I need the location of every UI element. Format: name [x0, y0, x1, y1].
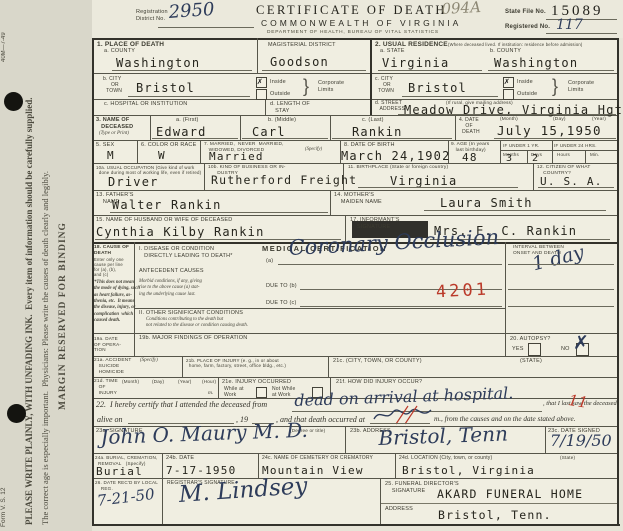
field-13-value: Walter Rankin: [112, 198, 222, 212]
inside-label: Inside: [270, 79, 286, 86]
month-label: (Month): [122, 379, 139, 385]
months-value: 3: [506, 153, 513, 164]
if-under-1yr-label: IF UNDER 1 YR.: [503, 143, 539, 148]
field-6-label: 6. COLOR OR RACE: [141, 142, 196, 149]
field-2d-street-value: Meadow Drive, Virginia Hgts.: [404, 103, 623, 117]
field-1b-city-label: b. CITY OR TOWN: [103, 76, 122, 94]
field-24d-label: 24d. LOCATION (City, town, or county): [399, 455, 492, 461]
death-certificate-scan: 40M—7-49 Form V. S. 12 PLEASE WRITE PLAI…: [0, 0, 623, 531]
field-1a-county-label: a. COUNTY: [104, 48, 135, 55]
min-label: Min.: [590, 152, 599, 157]
autopsy-yes-checkbox: [528, 343, 541, 356]
field-18-footnote: *This does not mean the mode of dying, s…: [94, 280, 140, 324]
field-18-other-note: Conditions contributing to the death but…: [146, 317, 248, 330]
field-8-value: March 24,1902: [341, 149, 451, 163]
field-24d-state-label: (State): [560, 455, 575, 461]
field-11-value: Virginia: [390, 174, 457, 188]
autopsy-no-checkmark: ✗: [573, 332, 589, 354]
field-18-disease-label: I. DISEASE OR CONDITION DIRECTLY LEADING…: [139, 246, 233, 259]
field-4-year-label: (Year): [592, 117, 606, 123]
year-label: (Year): [178, 379, 192, 385]
field-17-label: 17. INFORMANT'S SIGNATURE: [350, 217, 400, 230]
field-18-other-label: II. OTHER SIGNIFICANT CONDITIONS: [139, 310, 243, 317]
outside-label: Outside: [517, 91, 537, 98]
field-2a-state-label: a. STATE: [380, 48, 405, 55]
field-3a-first-value: Edward: [156, 125, 207, 139]
funeral-home-address-label: ADDRESS: [385, 506, 413, 513]
date-signed-value: 7/19/50: [550, 431, 612, 450]
field-24a-value: Burial: [96, 465, 143, 478]
day-label: (Day): [152, 379, 164, 385]
field-2b-county-value: Washington: [494, 56, 578, 70]
print-run-code: 40M—7-49: [1, 2, 7, 62]
field-3-title: 3. NAME OF DECEASED: [96, 117, 133, 130]
physician-address: Bristol, Tenn: [378, 421, 508, 450]
field-11-label: 11. BIRTHPLACE (State or foreign country…: [348, 165, 448, 171]
field-1c-hospital-label: c. HOSPITAL OR INSTITUTION: [104, 101, 187, 108]
corporate-limits-label: Corporate Limits: [568, 80, 594, 93]
funeral-home-name: AKARD FUNERAL HOME: [437, 487, 583, 501]
field-18-side-note: Enter only one cause per line for (a), (…: [94, 257, 124, 277]
field-18-side-title: 18. CAUSE OF DEATH: [94, 245, 129, 257]
field-9-age-value: 48: [462, 151, 478, 164]
field-8-label: 8. DATE OF BIRTH: [344, 142, 395, 149]
outside-label: Outside: [270, 91, 290, 98]
autopsy-no-label: NO: [561, 346, 570, 353]
field-2-note: (Where deceased lived. If institution: r…: [448, 42, 616, 47]
outside-limits-checkbox: [256, 89, 267, 100]
red-handwritten-mark: 11: [567, 391, 589, 412]
corporate-limits-label: Corporate Limits: [318, 80, 344, 93]
certify-alive-on: alive on: [97, 415, 123, 425]
magisterial-district-label: MAGISTERIAL DISTRICT: [268, 42, 336, 49]
margin-note-binding: MARGIN RESERVED FOR BINDING: [58, 120, 68, 410]
field-3b-middle-value: Carl: [252, 125, 286, 139]
margin-note-age-important: The correct age is especially important.…: [40, 5, 50, 525]
field-21c-state-label: (STATE): [520, 358, 542, 365]
due-to-c-label: DUE TO (c): [266, 300, 297, 307]
registration-district-label: Registration District No.: [136, 9, 168, 22]
field-5-label: 5. SEX: [96, 142, 114, 149]
funeral-home-address: Bristol, Tenn.: [438, 508, 552, 522]
field-4-month-label: (Month): [500, 117, 518, 123]
field-24c-label: 24c. NAME OF CEMETERY OR CREMATORY: [262, 455, 373, 461]
field-20-label: 20. AUTOPSY?: [510, 336, 551, 343]
field-14-value: Laura Smith: [440, 196, 533, 210]
field-21a-label: 21a. ACCIDENT SUICIDE HOMICIDE: [94, 358, 132, 375]
if-under-24hrs-label: IF UNDER 24 HRS.: [554, 143, 597, 148]
outside-limits-checkbox: [503, 89, 514, 100]
while-at-work-label: While at Work: [224, 386, 244, 398]
field-2b-county-label: b. COUNTY: [490, 48, 521, 55]
field-24b-value: 7-17-1950: [166, 464, 236, 477]
field-3b-middle-label: b. (Middle): [268, 117, 296, 124]
registered-label: Registered No.: [505, 24, 550, 31]
field-14-label: 14. MOTHER'S MAIDEN NAME: [334, 192, 382, 205]
registered-number: 117: [556, 17, 583, 33]
due-to-b-label: DUE TO (b): [266, 283, 297, 290]
inside-limits-checkmark: ✗: [504, 77, 509, 87]
field-19a-label: 19a. DATE OF OPERA- TION: [94, 336, 121, 353]
cause-a-label: (a): [266, 258, 273, 265]
field-1a-county-value: Washington: [116, 56, 200, 70]
red-stamp-number: 4201: [436, 280, 490, 303]
field-7-value: Married: [209, 150, 264, 163]
autopsy-yes-label: YES: [512, 346, 524, 353]
field-24b-label: 24b. DATE: [166, 455, 194, 462]
certify-statement-line1: 22. I hereby certify that I attended the…: [96, 400, 267, 410]
registration-district-value: 2950: [168, 0, 215, 23]
form-number: Form V. S. 12: [0, 457, 7, 527]
field-21e-label: 21e. INJURY OCCURRED: [222, 379, 291, 386]
field-19b-label: 19b. MAJOR FINDINGS OF OPERATION: [139, 335, 247, 342]
field-21d-label: 21d. TIME OF INJURY: [94, 379, 118, 396]
state-file-label: State File No.: [505, 9, 546, 16]
field-21a-specify: (Specify): [140, 358, 158, 365]
magisterial-district-value: Goodson: [270, 55, 329, 69]
field-15-value: Cynthia Kilby Rankin: [96, 225, 265, 239]
field-3-type-note: (Type or Print): [99, 131, 129, 138]
field-21c-label: 21c. (CITY, TOWN, OR COUNTY): [333, 358, 422, 365]
brace-glyph: }: [303, 76, 309, 98]
field-3c-last-value: Rankin: [352, 125, 403, 139]
not-while-at-work-label: Not While at Work: [272, 386, 295, 398]
pencil-code: 094A: [441, 0, 481, 18]
inside-limits-checkmark: ✗: [257, 77, 262, 87]
field-10a-label: 10a. USUAL OCCUPATION (Give kind of work…: [96, 165, 201, 176]
field-15-label: 15. NAME OF HUSBAND OR WIFE OF DECEASED: [96, 217, 232, 224]
certificate-title: CERTIFICATE OF DEATH: [256, 3, 447, 18]
days-value: 2: [532, 153, 539, 164]
field-21b-label: 21b. PLACE OF INJURY (e. g., in or about…: [186, 358, 286, 369]
field-5-value: M: [107, 149, 115, 162]
commonwealth-subtitle: COMMONWEALTH OF VIRGINIA: [261, 18, 461, 28]
hour-label: (Hour): [202, 379, 216, 385]
antecedent-causes-label: ANTECEDENT CAUSES: [139, 268, 204, 275]
field-2d-street-label: d. STREET ADDRESS: [375, 100, 405, 112]
hours-label: Hours: [557, 152, 570, 157]
while-at-work-checkbox: [256, 387, 267, 398]
field-3c-last-label: c. (Last): [362, 117, 384, 124]
field-1b-city-value: Bristol: [136, 81, 195, 95]
field-4-value: July 15,1950: [497, 123, 602, 138]
field-21f-label: 21f. HOW DID INJURY OCCUR?: [336, 379, 422, 386]
field-6-value: W: [158, 149, 166, 162]
field-1d-stay-label: d. LENGTH OF STAY: [270, 101, 310, 114]
morbid-conditions-note: Morbid conditions, if any, giving rise t…: [139, 279, 202, 298]
brace-glyph: }: [552, 76, 558, 98]
field-4-day-label: (Day): [553, 117, 566, 123]
field-4-label: 4. DATE OF DEATH: [459, 117, 480, 135]
inside-label: Inside: [517, 79, 533, 86]
field-24d-value: Bristol, Virginia: [402, 464, 535, 477]
field-10b-value: Rutherford Freight: [211, 173, 357, 187]
meridiem-label: m.: [208, 390, 213, 397]
punch-hole: [4, 92, 23, 111]
field-10a-value: Driver: [108, 175, 159, 189]
field-2c-city-label: c. CITY OR TOWN: [375, 76, 394, 94]
field-7-specify-note: (Specify): [305, 147, 322, 153]
margin-note-write-plainly: PLEASE WRITE PLAINLY, WITH UNFADING INK.…: [24, 5, 34, 525]
department-line: DEPARTMENT OF HEALTH, BUREAU OF VITAL ST…: [267, 30, 439, 36]
field-2a-state-value: Virginia: [382, 56, 449, 70]
field-2c-city-value: Bristol: [408, 81, 467, 95]
field-3a-first-label: a. (First): [176, 117, 198, 124]
